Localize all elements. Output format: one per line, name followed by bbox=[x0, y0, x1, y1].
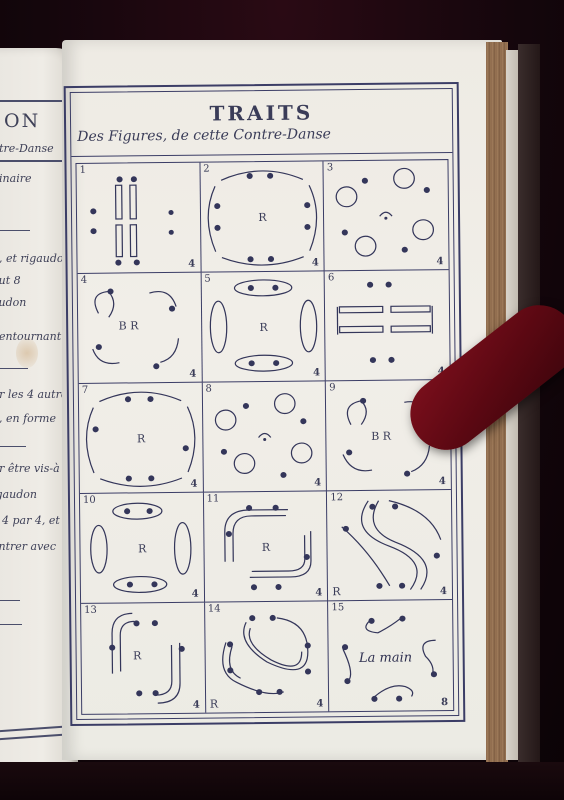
left-line: dinaire bbox=[0, 172, 32, 185]
dance-figure-diagram bbox=[202, 381, 326, 491]
left-line: out 8 bbox=[0, 274, 21, 287]
figure-cell: 11 R 4 bbox=[204, 491, 329, 602]
figure-grid: 1 4 2 bbox=[75, 159, 454, 715]
figure-cell: 7 R 4 bbox=[79, 383, 204, 494]
left-line: entrer avec bbox=[0, 540, 56, 553]
book-cover bbox=[518, 44, 540, 764]
dancer-count: 4 bbox=[188, 259, 195, 270]
figure-cell: 3 4 bbox=[324, 160, 449, 271]
left-line: 4, en forme bbox=[0, 412, 56, 425]
plate-subtitle: Des Figures, de cette Contre-Danse bbox=[77, 125, 448, 145]
figure-cell: 6 4 bbox=[325, 270, 450, 381]
figure-cell: 15 La main 8 bbox=[328, 600, 453, 711]
figure-cell: 10 R 4 bbox=[80, 493, 205, 604]
dance-figure-diagram bbox=[205, 601, 329, 712]
figure-label: R bbox=[259, 321, 267, 334]
dancer-count: 4 bbox=[315, 587, 322, 598]
dance-figure-diagram bbox=[78, 273, 202, 383]
figure-label: R bbox=[138, 542, 146, 555]
dash bbox=[0, 230, 30, 231]
dancer-count: 4 bbox=[440, 586, 447, 597]
dance-figure-diagram bbox=[81, 603, 205, 714]
dash bbox=[0, 446, 26, 447]
dancer-count: 4 bbox=[312, 257, 319, 268]
dancer-count: 4 bbox=[193, 700, 200, 711]
dancer-count: 4 bbox=[189, 369, 196, 380]
figure-label: R bbox=[332, 585, 340, 598]
dance-figure-diagram bbox=[325, 270, 450, 380]
figure-cell: 14 R 4 bbox=[205, 601, 330, 712]
left-line: ur être vis-à bbox=[0, 462, 60, 475]
paper-stain bbox=[16, 338, 38, 368]
plate-header: TRAITS Des Figures, de cette Contre-Dans… bbox=[71, 89, 453, 157]
dancer-count: 4 bbox=[439, 476, 446, 487]
figure-label: R bbox=[262, 541, 270, 554]
figure-cell: 8 4 bbox=[202, 381, 327, 492]
table-shadow bbox=[0, 762, 564, 800]
plate-title: TRAITS bbox=[71, 99, 452, 127]
figure-label: B R bbox=[371, 430, 391, 443]
dance-figure-diagram bbox=[327, 490, 452, 600]
dancer-count: 8 bbox=[441, 697, 448, 708]
dance-figure-diagram bbox=[76, 163, 200, 273]
left-line: igaudon bbox=[0, 488, 37, 501]
figure-label: R bbox=[258, 211, 266, 224]
dancer-count: 4 bbox=[192, 589, 199, 600]
dancer-count: 4 bbox=[190, 479, 197, 490]
book-photograph: ON ntre-Danse dinaire 8, et rigaudon out… bbox=[0, 0, 564, 800]
left-page-title: ON bbox=[4, 110, 40, 132]
left-line: e 4 par 4, et bbox=[0, 514, 60, 527]
plate-inner-frame: TRAITS Des Figures, de cette Contre-Dans… bbox=[70, 88, 460, 720]
left-line: ntre-Danse bbox=[0, 142, 54, 155]
dancer-count: 4 bbox=[316, 698, 323, 709]
dance-figure-diagram bbox=[324, 160, 449, 270]
figure-cell: 12 R 4 bbox=[327, 490, 452, 601]
dash bbox=[0, 600, 20, 601]
dash bbox=[0, 368, 28, 369]
figure-label: R bbox=[137, 432, 145, 445]
figure-cell: 1 4 bbox=[76, 163, 201, 274]
dancer-count: 4 bbox=[313, 367, 320, 378]
figure-cell: 2 R 4 bbox=[200, 161, 325, 272]
dancer-count: 4 bbox=[436, 256, 443, 267]
figure-label: B R bbox=[119, 319, 139, 332]
figure-label: R bbox=[133, 649, 141, 662]
dash bbox=[0, 624, 22, 625]
figure-cell: 13 R 4 bbox=[81, 603, 206, 714]
figure-cell: 5 R 4 bbox=[201, 271, 326, 382]
engraved-plate: TRAITS Des Figures, de cette Contre-Dans… bbox=[64, 82, 466, 726]
left-line: 8, et rigaudon bbox=[0, 252, 71, 265]
left-line: audon bbox=[0, 296, 26, 309]
figure-cell: 4 B R 4 bbox=[78, 273, 203, 384]
figure-label: R bbox=[210, 698, 218, 711]
la-main-caption: La main bbox=[359, 650, 412, 666]
dancer-count: 4 bbox=[314, 477, 321, 488]
